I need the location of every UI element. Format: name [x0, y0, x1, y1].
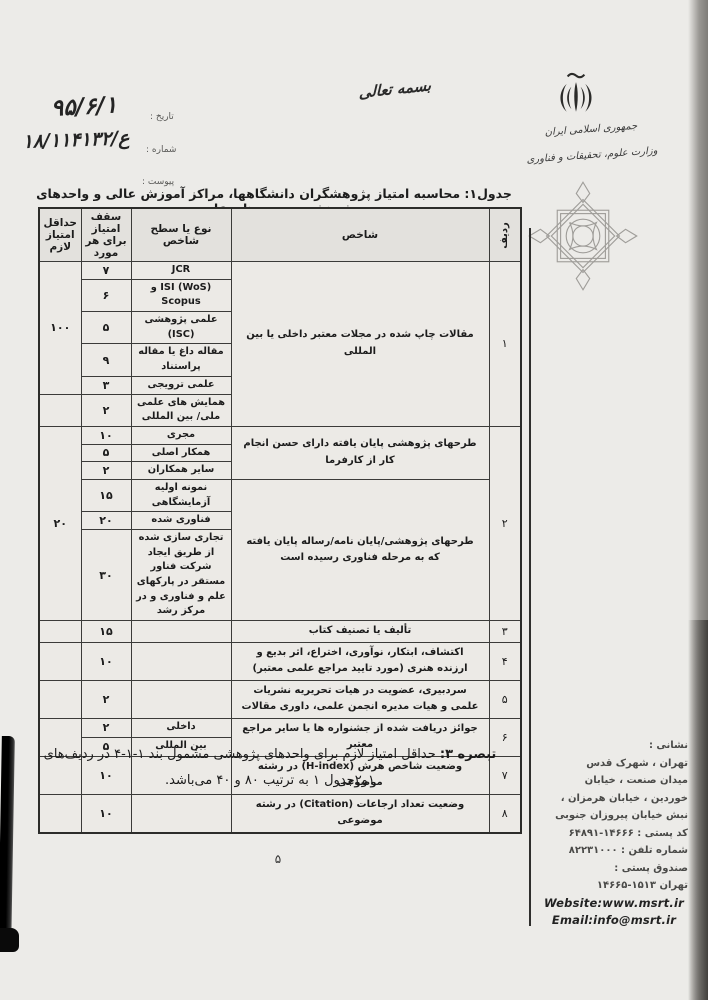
min-points: ۱۰۰: [39, 262, 81, 395]
min-points-empty: [39, 394, 81, 426]
contact-line: Email:info@msrt.ir: [540, 912, 688, 930]
type-empty: [131, 621, 231, 643]
indicator-completed-projects: طرحهای پژوهشی پایان یافته دارای حسن انجا…: [231, 426, 489, 479]
star-ornament-icon: [527, 180, 639, 292]
contact-line: نشانی :: [540, 737, 688, 755]
contact-line: تهران ، شهرک قدس: [540, 755, 688, 773]
type-hot-paper: مقاله داغ یا مقاله پراستناد: [131, 344, 231, 376]
contact-line: کد پستی : ۱۴۶۶۶-۶۴۸۹۱: [540, 825, 688, 843]
scanned-letter-page: بسمه تعالی جمهوری اسلامی ایران وزارت علو…: [0, 0, 708, 1000]
type-project-director: مجری: [131, 426, 231, 444]
type-isc: علمی پژوهشی (ISC): [131, 312, 231, 344]
type-domestic: داخلی: [131, 718, 231, 737]
type-scientific-promotional: علمی ترویجی: [131, 376, 231, 394]
points: ۳: [81, 376, 131, 394]
contact-line: صندوق پستی :: [540, 860, 688, 878]
contact-line: Website:www.msrt.ir: [540, 895, 688, 913]
points: ۵: [81, 444, 131, 462]
points: ۱۰: [81, 794, 131, 833]
type-jcr: JCR: [131, 262, 231, 280]
page-number: ۵: [266, 852, 290, 866]
header-type: نوع یا سطح شاخص: [131, 208, 231, 262]
org-name-line1: جمهوری اسلامی ایران: [535, 120, 647, 139]
indicator-projects-reached-technology: طرحهای پژوهشی/پایان نامه/رساله پایان یاف…: [231, 479, 489, 620]
row-number: ۲: [489, 426, 521, 620]
points: ۱۵: [81, 479, 131, 511]
indicator-editorship-membership: سردبیری، عضویت در هیات تحریریه نشریات عل…: [231, 680, 489, 718]
indicator-articles: مقالات چاپ شده در مجلات معتبر داخلی یا ب…: [231, 262, 489, 427]
contact-line: نبش خیابان پیروزان جنوبی: [540, 807, 688, 825]
note-text: حداقل امتیاز لازم برای واحدهای پژوهشی مش…: [44, 747, 440, 788]
min-points: ۲۰: [39, 426, 81, 620]
note-label: تبصره ۳:: [440, 747, 496, 762]
points: ۱۰: [81, 426, 131, 444]
points: ۳۰: [81, 530, 131, 621]
points: ۱۵: [81, 621, 131, 643]
table-row: ۱مقالات چاپ شده در مجلات معتبر داخلی یا …: [39, 262, 521, 280]
handwritten-number: ع/۱۸/۱۱۴۱۳۲: [2, 126, 151, 153]
points: ۲: [81, 394, 131, 426]
header-indicator: شاخص: [231, 208, 489, 262]
indicator-citation: وضعیت تعداد ارجاعات (Citation) در رشته م…: [231, 794, 489, 833]
points: ۲: [81, 462, 131, 480]
min-points-empty: [39, 794, 81, 833]
scan-edge-shadow-dark: [688, 620, 708, 1000]
type-technologized: فناوری شده: [131, 512, 231, 530]
number-label: شماره :: [146, 145, 176, 155]
handwritten-date: ۹۵/۶/۱: [25, 91, 142, 123]
contact-block: نشانی :تهران ، شهرک قدسمیدان صنعت ، خیاب…: [540, 737, 688, 930]
points: ۲: [81, 718, 131, 737]
row-number: ۸: [489, 794, 521, 833]
type-other-collaborators: سایر همکاران: [131, 462, 231, 480]
row-number: ۵: [489, 680, 521, 718]
contact-line: میدان صنعت ، خیابان: [540, 772, 688, 790]
contact-line: تهران ۱۵۱۳-۱۴۶۶۵: [540, 877, 688, 895]
date-label: تاریخ :: [150, 112, 174, 122]
header-min-required: حداقل امتیاز لازم: [39, 208, 81, 262]
row-number: ۱: [489, 262, 521, 427]
type-empty: [131, 794, 231, 833]
contact-line: خوردین ، خیابان هرمزان ،: [540, 790, 688, 808]
row-number: ۳: [489, 621, 521, 643]
contact-line: شماره تلفن : ۸۲۲۳۱۰۰۰: [540, 842, 688, 860]
type-lab-prototype: نمونه اولیه آزمایشگاهی: [131, 479, 231, 511]
header-max-per-item: سقف امتیاز برای هر مورد: [81, 208, 131, 262]
row-number: ۴: [489, 642, 521, 680]
scan-black-artifact-foot: [0, 928, 19, 952]
points: ۲: [81, 680, 131, 718]
iran-emblem-icon: [553, 70, 599, 122]
type-conferences: همایش های علمی ملی/ بین المللی: [131, 394, 231, 426]
points: ۲۰: [81, 512, 131, 530]
indicator-book-authoring: تألیف یا تصنیف کتاب: [231, 621, 489, 643]
type-empty: [131, 642, 231, 680]
type-main-collaborator: همکار اصلی: [131, 444, 231, 462]
table-row: ۴اکتشاف، ابتکار، نوآوری، اختراع، اثر بدی…: [39, 642, 521, 680]
score-table: ردیف شاخص نوع یا سطح شاخص سقف امتیاز برا…: [38, 207, 522, 834]
org-name-line2: وزارت علوم، تحقیقات و فناوری: [522, 145, 662, 166]
points: ۵: [81, 312, 131, 344]
header-row-no: ردیف: [489, 208, 521, 262]
table-row: ۶جوائز دریافت شده از جشنواره ها یا سایر …: [39, 718, 521, 737]
min-points-empty: [39, 642, 81, 680]
points: ۱۰: [81, 642, 131, 680]
min-points-empty: [39, 680, 81, 718]
table-row: ۵سردبیری، عضویت در هیات تحریریه نشریات ع…: [39, 680, 521, 718]
type-empty: [131, 680, 231, 718]
table-row: طرحهای پژوهشی/پایان نامه/رساله پایان یاف…: [39, 479, 521, 511]
points: ۷: [81, 262, 131, 280]
table-row: ۳تألیف یا تصنیف کتاب۱۵: [39, 621, 521, 643]
table-row: ۸وضعیت تعداد ارجاعات (Citation) در رشته …: [39, 794, 521, 833]
scan-black-artifact: [0, 736, 15, 950]
besmellah-calligraphy: بسمه تعالی: [340, 74, 449, 104]
points: ۹: [81, 344, 131, 376]
note-tabsareh-3: تبصره ۳: حداقل امتیاز لازم برای واحدهای …: [28, 742, 512, 794]
table-header-row: ردیف شاخص نوع یا سطح شاخص سقف امتیاز برا…: [39, 208, 521, 262]
type-commercialized: تجاری سازی شده از طریق ایجاد شرکت فناور …: [131, 530, 231, 621]
type-isi-scopus: ISI (WoS) و Scopus: [131, 279, 231, 311]
table-row: ۲طرحهای پژوهشی پایان یافته دارای حسن انج…: [39, 426, 521, 444]
margin-rule-line: [529, 228, 531, 926]
min-points-empty: [39, 621, 81, 643]
points: ۶: [81, 279, 131, 311]
indicator-invention-discovery: اکتشاف، ابتکار، نوآوری، اختراع، اثر بدیع…: [231, 642, 489, 680]
